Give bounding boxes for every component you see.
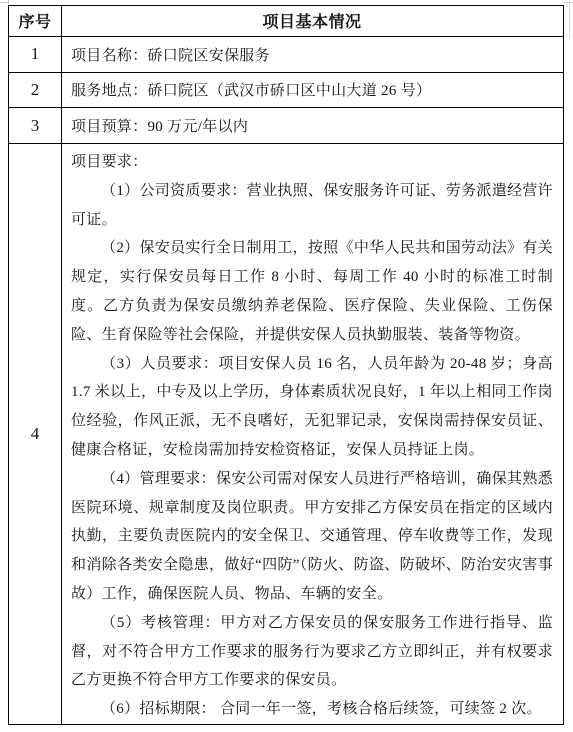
requirement-paragraph-4: （4）管理要求：保安公司需对保安人员进行严格培训，确保其熟悉医院环境、规章制度及…: [71, 465, 553, 609]
table-row: 2 服务地点：硚口院区（武汉市硚口区中山大道 26 号）: [9, 73, 563, 108]
requirement-paragraph-3: （3）人员要求：项目安保人员 16 名，人员年龄为 20-48 岁；身高 1.7…: [71, 350, 553, 465]
requirement-paragraph-5: （5）考核管理：甲方对乙方保安员的保安服务工作进行指导、监督，对不符合甲方工作要…: [71, 609, 553, 695]
page-margin-mark-top-left-vertical: [8, 0, 9, 4]
project-info-table: 序号 项目基本情况 1 项目名称：硚口院区安保服务 2 服务地点：硚口院区（武汉…: [8, 5, 564, 725]
requirement-paragraph-1: （1）公司资质要求：营业执照、保安服务许可证、劳务派遣经营许可证。: [71, 177, 553, 235]
table-row: 3 项目预算：90 万元/年以内: [9, 108, 563, 144]
table-header-row: 序号 项目基本情况: [9, 6, 563, 37]
header-cell-project-basic-info: 项目基本情况: [62, 6, 563, 36]
project-budget-cell: 项目预算：90 万元/年以内: [62, 108, 563, 143]
requirement-paragraph-6: （6）招标期限： 合同一年一签，考核合格后续签，可续签 2 次。: [71, 695, 553, 724]
project-name-cell: 项目名称：硚口院区安保服务: [62, 37, 563, 72]
header-cell-serial-number: 序号: [9, 6, 62, 36]
document-page: 序号 项目基本情况 1 项目名称：硚口院区安保服务 2 服务地点：硚口院区（武汉…: [0, 0, 573, 732]
table-row: 1 项目名称：硚口院区安保服务: [9, 37, 563, 73]
table-row: 4 项目要求： （1）公司资质要求：营业执照、保安服务许可证、劳务派遣经营许可证…: [9, 144, 563, 724]
project-requirements-cell: 项目要求： （1）公司资质要求：营业执照、保安服务许可证、劳务派遣经营许可证。 …: [62, 144, 563, 724]
requirement-paragraph-2: （2）保安员实行全日制用工，按照《中华人民共和国劳动法》有关规定，实行保安员每日…: [71, 234, 553, 349]
row-number: 2: [9, 73, 62, 107]
row-number: 3: [9, 108, 62, 143]
row-number: 1: [9, 37, 62, 72]
page-margin-mark-top-right-vertical: [569, 0, 570, 38]
service-location-cell: 服务地点：硚口院区（武汉市硚口区中山大道 26 号）: [62, 73, 563, 107]
requirements-title: 项目要求：: [71, 148, 553, 177]
row-number: 4: [9, 144, 62, 724]
